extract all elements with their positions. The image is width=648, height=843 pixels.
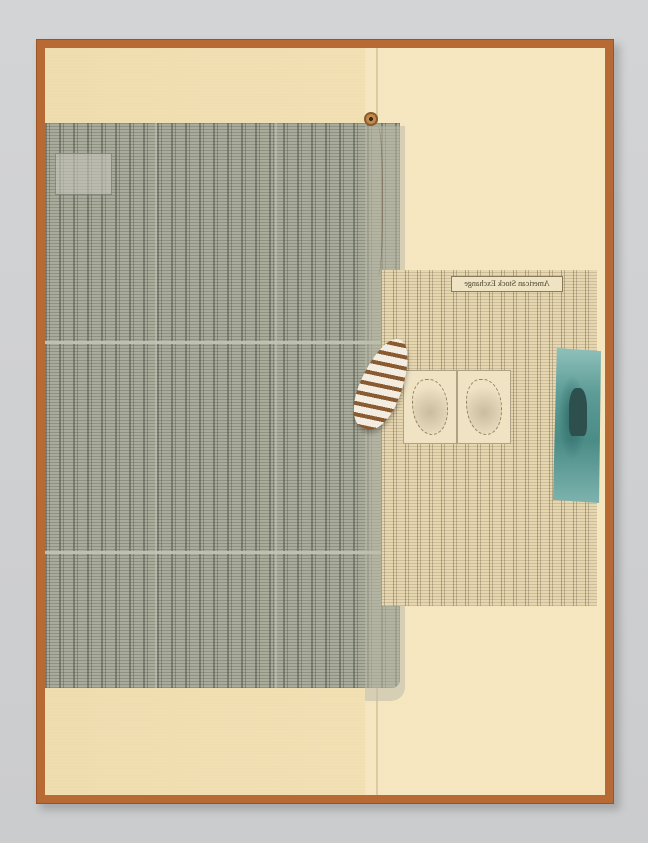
column-rule bbox=[45, 551, 400, 554]
column-rule bbox=[45, 341, 400, 344]
artwork-panel: American Stock Exchange bbox=[45, 48, 605, 795]
thread bbox=[370, 126, 383, 276]
column-divider bbox=[155, 123, 157, 688]
picture-frame: American Stock Exchange bbox=[36, 39, 614, 804]
gray-newsprint-transfer bbox=[45, 123, 400, 688]
stock-headline: American Stock Exchange bbox=[451, 276, 563, 292]
umbrella-figure bbox=[569, 388, 587, 436]
map-illustration bbox=[403, 370, 457, 444]
map-illustration bbox=[457, 370, 511, 444]
spool-icon bbox=[364, 112, 378, 126]
column-divider bbox=[275, 123, 277, 688]
teal-photograph bbox=[553, 348, 601, 503]
newspaper-masthead bbox=[55, 153, 112, 195]
